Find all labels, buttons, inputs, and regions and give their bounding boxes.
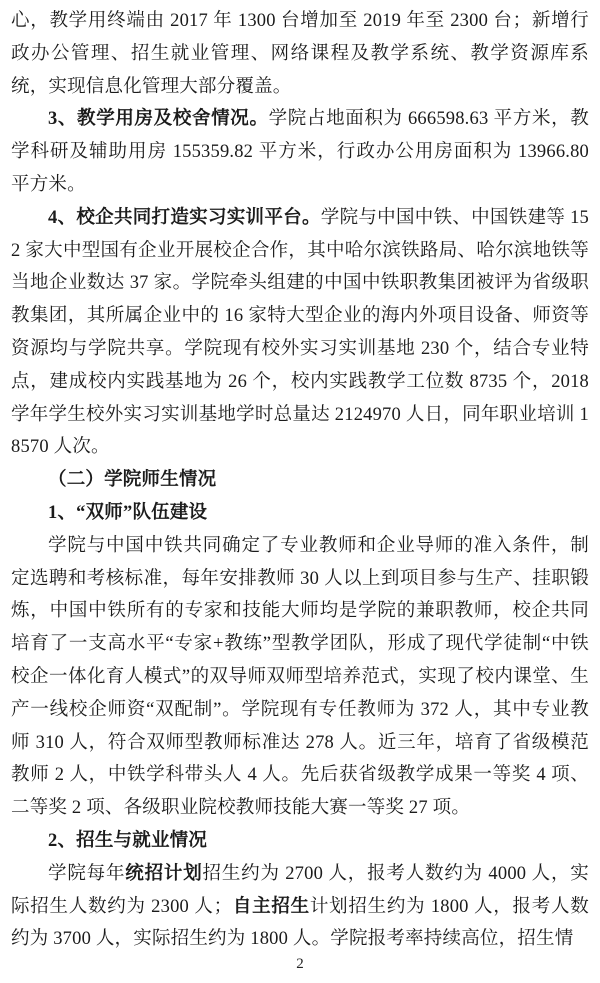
text-segment-bold: 3、教学用房及校舍情况。 [48,109,269,129]
document-page: 心，教学用终端由 2017 年 1300 台增加至 2019 年至 2300 台… [0,0,600,983]
paragraph: 1、“双师”队伍建设 [11,497,589,530]
page-number: 2 [0,956,600,973]
text-segment-bold: 4、校企共同打造实习实训平台。 [48,208,321,228]
text-segment-bold: 1、“双师”队伍建设 [48,503,207,523]
paragraph: 3、教学用房及校舍情况。学院占地面积为 666598.63 平方米，教学科研及辅… [11,103,589,201]
text-segment: 学院与中国中铁共同确定了专业教师和企业导师的准入条件，制定选聘和考核标准，每年安… [11,536,589,818]
paragraph: 学院每年统招计划招生约为 2700 人，报考人数约为 4000 人，实际招生人数… [11,858,589,956]
text-segment: 学院与中国中铁、中国铁建等 152 家大中型国有企业开展校企合作，其中哈尔滨铁路… [11,208,589,458]
text-segment-bold: （二）学院师生情况 [48,470,216,490]
paragraph: 4、校企共同打造实习实训平台。学院与中国中铁、中国铁建等 152 家大中型国有企… [11,202,589,464]
paragraph: 心，教学用终端由 2017 年 1300 台增加至 2019 年至 2300 台… [11,5,589,103]
text-segment: 学院每年 [48,864,125,884]
text-segment-bold: 统招计划 [125,864,202,884]
paragraph: 学院与中国中铁共同确定了专业教师和企业导师的准入条件，制定选聘和考核标准，每年安… [11,530,589,825]
text-segment-bold: 自主招生 [232,897,310,917]
text-segment-bold: 2、招生与就业情况 [48,831,207,851]
paragraph: （二）学院师生情况 [11,464,589,497]
text-segment: 心，教学用终端由 2017 年 1300 台增加至 2019 年至 2300 台… [11,11,589,97]
paragraph: 2、招生与就业情况 [11,825,589,858]
document-body: 心，教学用终端由 2017 年 1300 台增加至 2019 年至 2300 台… [11,5,589,956]
